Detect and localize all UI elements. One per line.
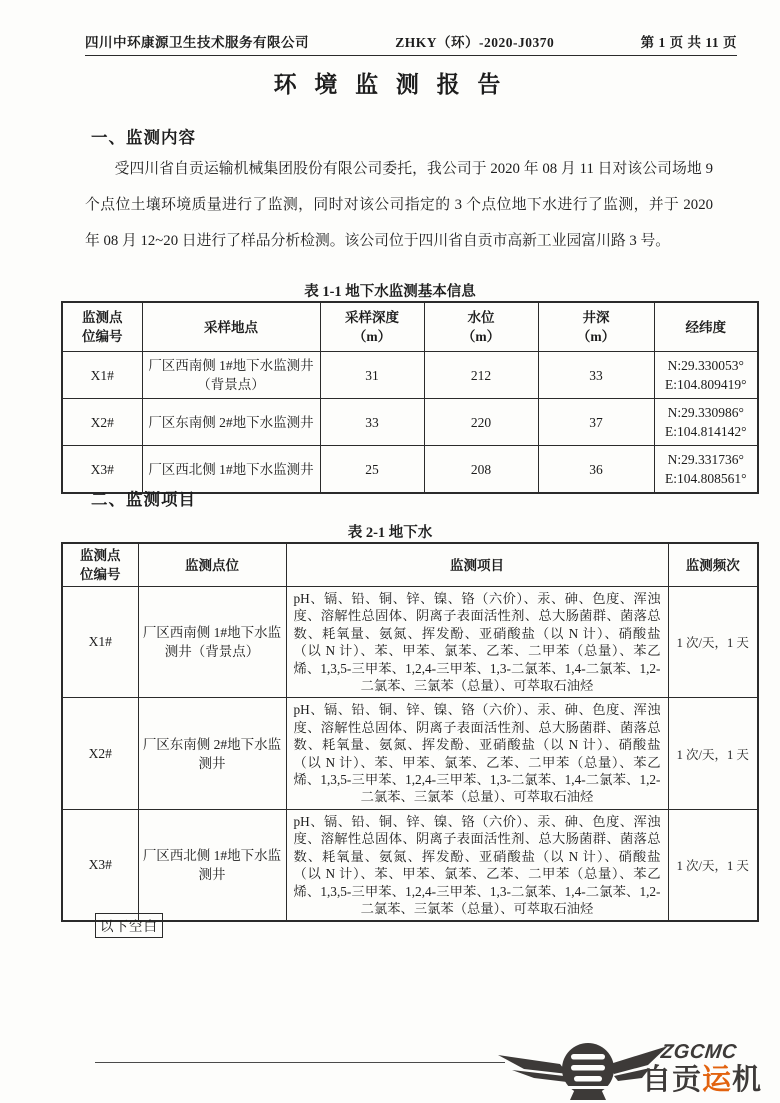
cell-sampling-site: 厂区西南侧 1#地下水监测井（背景点） <box>142 352 320 399</box>
brand-name-en: ZGCMC <box>660 1041 738 1064</box>
cell-water-level: 220 <box>424 399 538 446</box>
document-number: ZHKY（环）-2020-J0370 <box>395 31 554 51</box>
company-name: 四川中环康源卫生技术服务有限公司 <box>85 31 309 51</box>
table-row: X1# 厂区西南侧 1#地下水监测井（背景点） 31 212 33 N:29.3… <box>62 352 758 399</box>
brand-cn-part1: 自贡 <box>642 1064 702 1096</box>
cell-point-id: X1# <box>62 587 138 698</box>
cell-monitoring-items: pH、镉、铅、铜、锌、镍、铬（六价）、汞、砷、色度、浑浊度、溶解性总固体、阴离子… <box>286 587 668 698</box>
cell-coordinates: N:29.330986° E:104.814142° <box>654 399 758 446</box>
column-header-water-level: 水位 （m） <box>424 302 538 352</box>
cell-sampling-depth: 33 <box>320 399 424 446</box>
column-header-coordinates: 经纬度 <box>654 302 758 352</box>
cell-well-depth: 37 <box>538 399 654 446</box>
page-number: 第 1 页 共 11 页 <box>641 31 737 51</box>
cell-well-depth: 36 <box>538 446 654 494</box>
table-row: X3# 厂区西北侧 1#地下水监测井 pH、镉、铅、铜、锌、镍、铬（六价）、汞、… <box>62 809 758 921</box>
column-header-well-depth: 井深 （m） <box>538 302 654 352</box>
brand-cn-accent-char: 运 <box>702 1064 732 1096</box>
table-row: X2# 厂区东南侧 2#地下水监测井 33 220 37 N:29.330986… <box>62 399 758 446</box>
column-header-point-id: 监测点 位编号 <box>62 543 138 587</box>
column-header-monitoring-point: 监测点位 <box>138 543 286 587</box>
cell-frequency: 1 次/天，1 天 <box>668 698 758 809</box>
page-title: 环 境 监 测 报 告 <box>0 66 780 99</box>
cell-sampling-site: 厂区东南侧 2#地下水监测井 <box>142 399 320 446</box>
cell-sampling-depth: 31 <box>320 352 424 399</box>
footer-divider-line <box>95 1062 505 1063</box>
cell-monitoring-items: pH、镉、铅、铜、锌、镍、铬（六价）、汞、砷、色度、浑浊度、溶解性总固体、阴离子… <box>286 698 668 809</box>
cell-point-id: X2# <box>62 399 142 446</box>
column-header-point-id: 监测点 位编号 <box>62 302 142 352</box>
brand-name-cn: 自贡运机 <box>642 1063 762 1097</box>
header-divider <box>85 55 737 56</box>
table2-caption: 表 2-1 地下水 <box>0 521 780 542</box>
section-heading-monitoring-content: 一、监测内容 <box>91 124 196 148</box>
cell-frequency: 1 次/天，1 天 <box>668 809 758 921</box>
cell-coordinates: N:29.330053° E:104.809419° <box>654 352 758 399</box>
cell-frequency: 1 次/天，1 天 <box>668 587 758 698</box>
table-header-row: 监测点 位编号 监测点位 监测项目 监测频次 <box>62 543 758 587</box>
column-header-sampling-depth: 采样深度 （m） <box>320 302 424 352</box>
cell-water-level: 208 <box>424 446 538 494</box>
section-heading-monitoring-items: 二、监测项目 <box>91 486 196 510</box>
table-groundwater-items: 监测点 位编号 监测点位 监测项目 监测频次 X1# 厂区西南侧 1#地下水监测… <box>61 542 759 922</box>
brand-cn-part2: 机 <box>732 1064 762 1096</box>
cell-point-id: X3# <box>62 809 138 921</box>
table-row: X1# 厂区西南侧 1#地下水监测井（背景点） pH、镉、铅、铜、锌、镍、铬（六… <box>62 587 758 698</box>
column-header-frequency: 监测频次 <box>668 543 758 587</box>
cell-monitoring-point: 厂区西北侧 1#地下水监测井 <box>138 809 286 921</box>
table-row: X2# 厂区东南侧 2#地下水监测井 pH、镉、铅、铜、锌、镍、铬（六价）、汞、… <box>62 698 758 809</box>
cell-monitoring-items: pH、镉、铅、铜、锌、镍、铬（六价）、汞、砷、色度、浑浊度、溶解性总固体、阴离子… <box>286 809 668 921</box>
cell-monitoring-point: 厂区东南侧 2#地下水监测井 <box>138 698 286 809</box>
page-header: 四川中环康源卫生技术服务有限公司 ZHKY（环）-2020-J0370 第 1 … <box>85 31 737 51</box>
cell-monitoring-point: 厂区西南侧 1#地下水监测井（背景点） <box>138 587 286 698</box>
report-page: 四川中环康源卫生技术服务有限公司 ZHKY（环）-2020-J0370 第 1 … <box>0 0 780 1103</box>
table-groundwater-basic-info: 监测点 位编号 采样地点 采样深度 （m） 水位 （m） 井深 （m） 经纬度 … <box>61 301 759 494</box>
table1-caption: 表 1-1 地下水监测基本信息 <box>0 280 780 301</box>
cell-sampling-depth: 25 <box>320 446 424 494</box>
cell-well-depth: 33 <box>538 352 654 399</box>
table-header-row: 监测点 位编号 采样地点 采样深度 （m） 水位 （m） 井深 （m） 经纬度 <box>62 302 758 352</box>
cell-coordinates: N:29.331736° E:104.808561° <box>654 446 758 494</box>
cell-water-level: 212 <box>424 352 538 399</box>
cell-point-id: X2# <box>62 698 138 809</box>
column-header-sampling-site: 采样地点 <box>142 302 320 352</box>
below-blank-box: 以下空白 <box>95 913 163 938</box>
column-header-monitoring-items: 监测项目 <box>286 543 668 587</box>
cell-point-id: X1# <box>62 352 142 399</box>
intro-paragraph: 受四川省自贡运输机械集团股份有限公司委托，我公司于 2020 年 08 月 11… <box>85 151 713 259</box>
